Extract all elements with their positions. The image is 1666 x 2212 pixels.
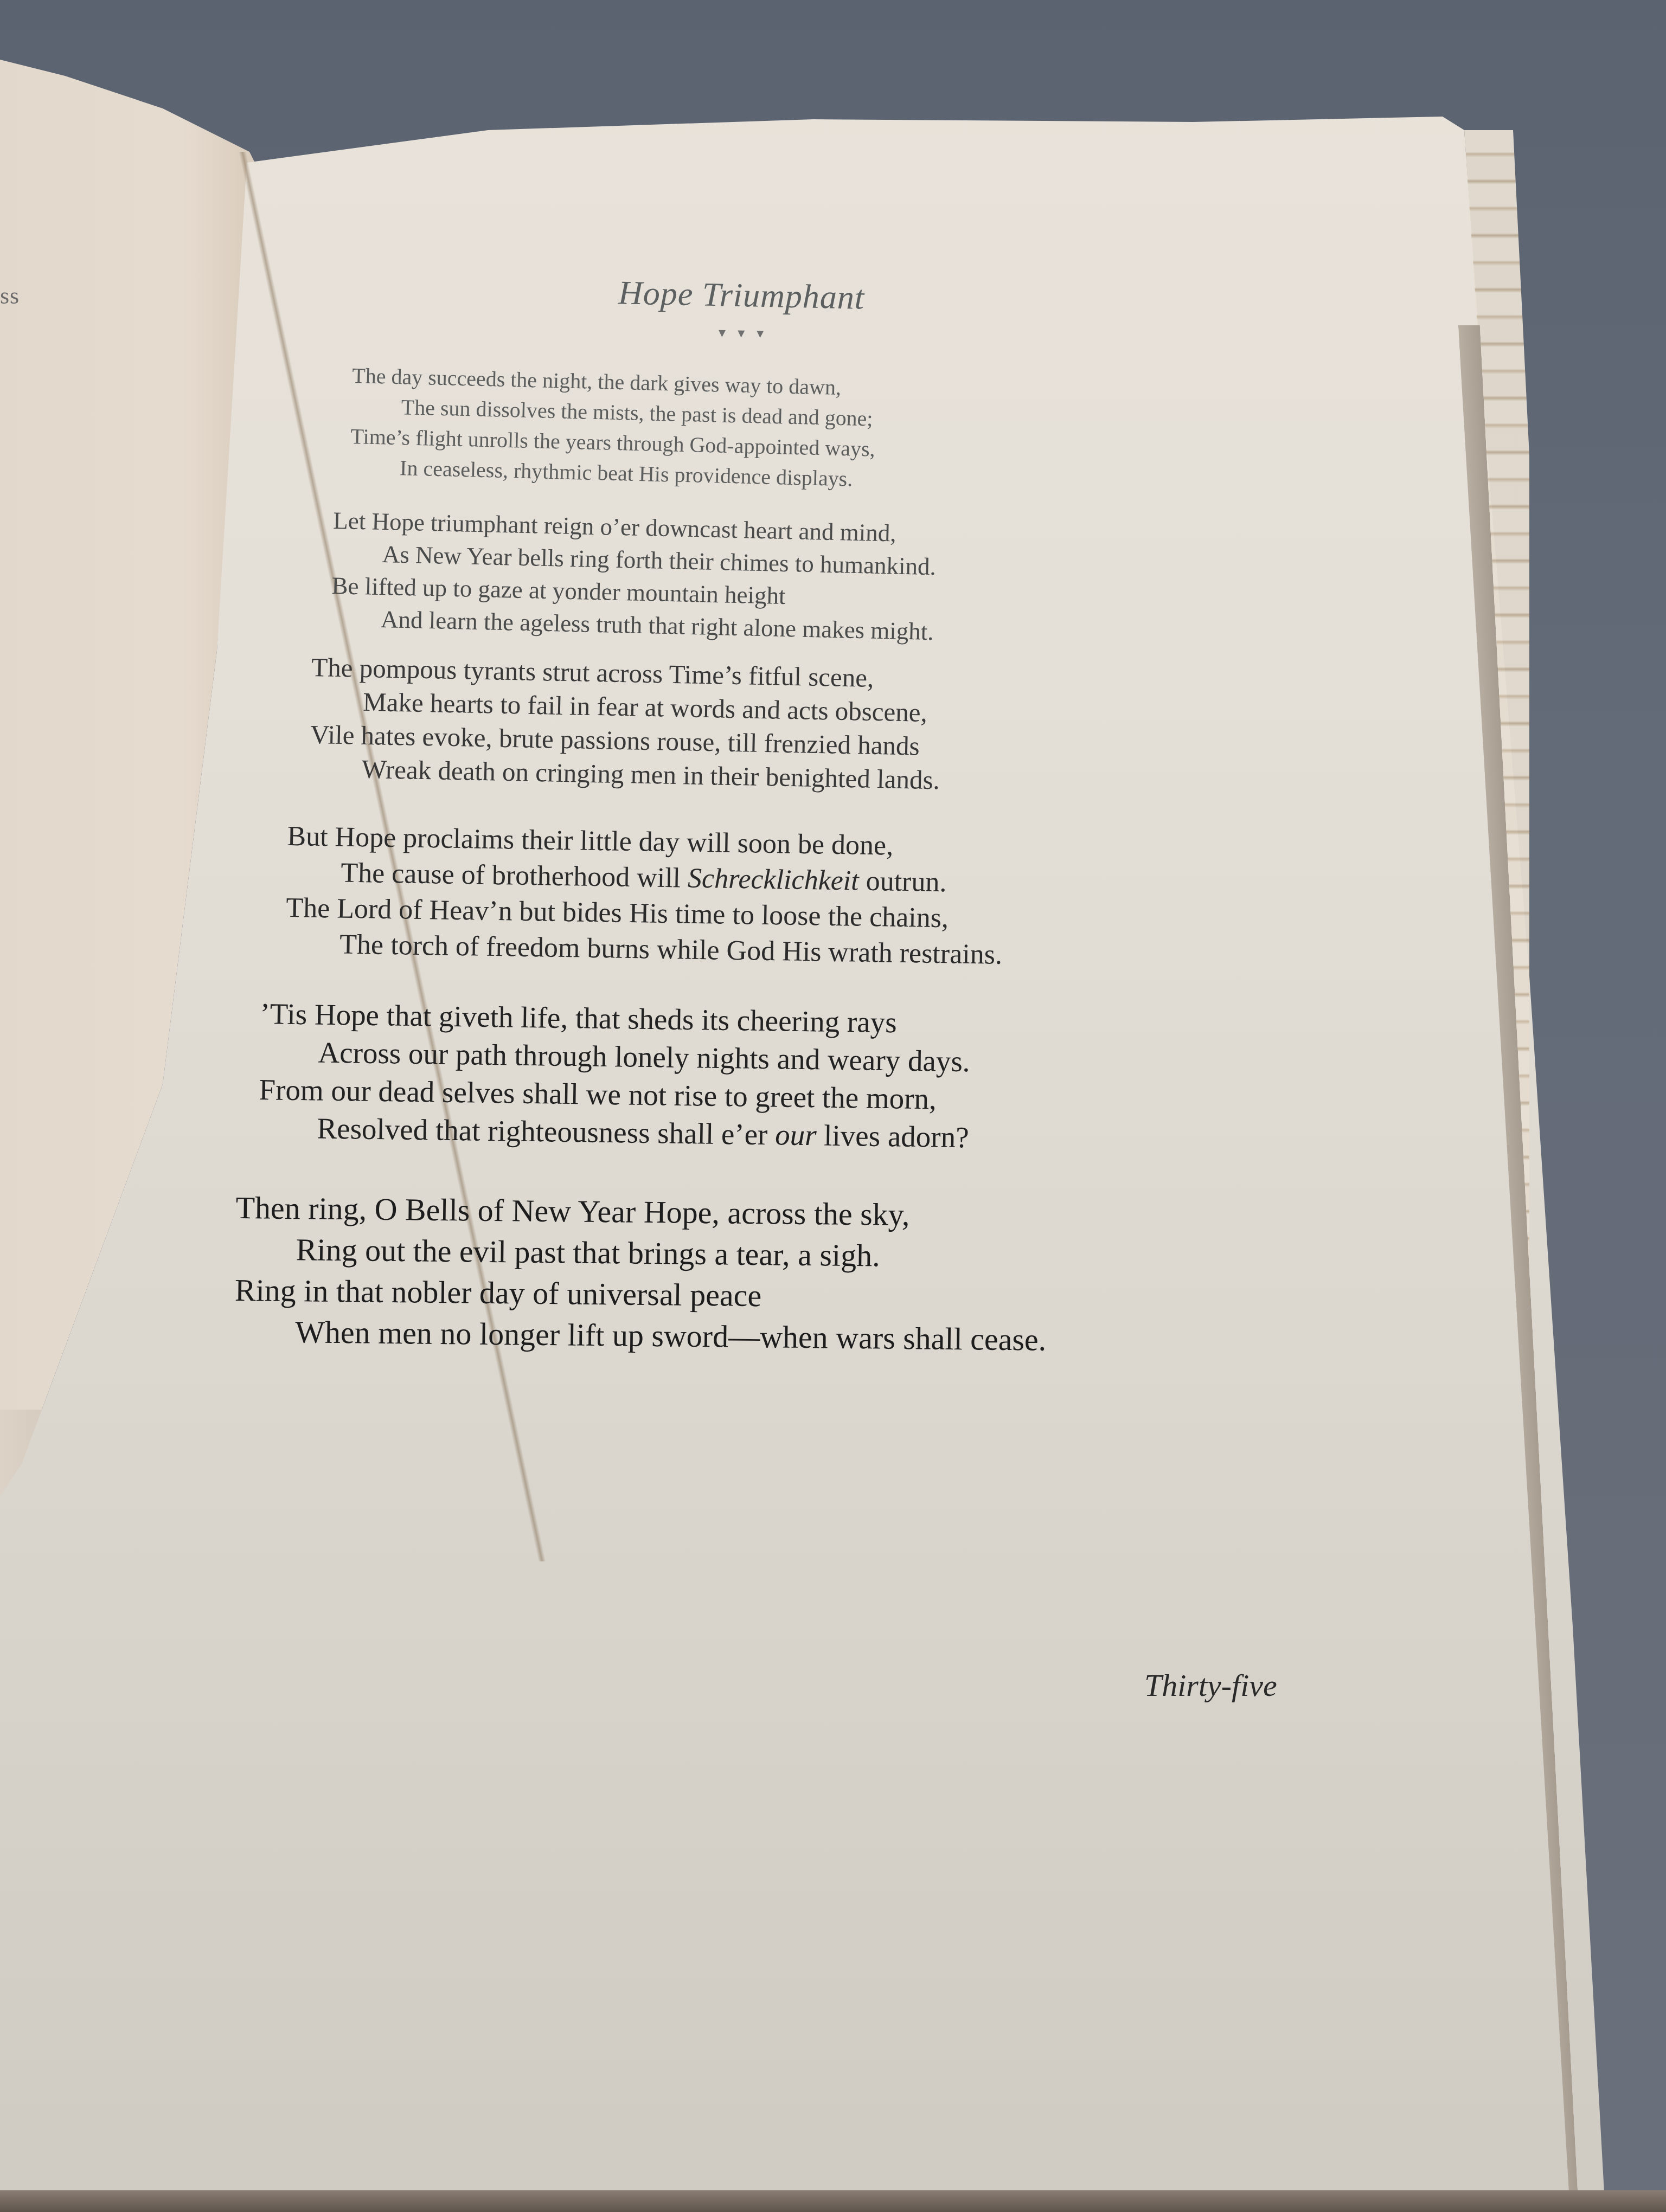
stanza-5: ’Tis Hope that giveth life, that sheds i… xyxy=(258,995,971,1156)
poem-page: Hope Triumphant ▾▾▾ The day succeeds the… xyxy=(0,0,1666,2212)
italic-word: Schrecklichkeit xyxy=(688,863,860,897)
stanza-3: The pompous tyrants strut across Time’s … xyxy=(309,651,942,797)
poem-title: Hope Triumphant xyxy=(618,274,865,317)
stanza-4: But Hope proclaims their little day will… xyxy=(285,819,1004,973)
stanza-6: Then ring, O Bells of New Year Hope, acr… xyxy=(234,1187,1048,1361)
stanza-2: Let Hope triumphant reign o’er downcast … xyxy=(331,504,937,648)
line-text: Resolved that righteousness shall e’er xyxy=(317,1111,775,1151)
page-number: Thirty-five xyxy=(1144,1667,1277,1703)
poem-line: When men no longer lift up sword—when wa… xyxy=(234,1311,1047,1361)
line-text: The cause of brotherhood will xyxy=(341,858,688,894)
stanza-1: The day succeeds the night, the dark giv… xyxy=(350,361,877,495)
line-text: lives adorn? xyxy=(816,1118,969,1154)
italic-word: our xyxy=(775,1118,817,1152)
ornament-icon: ▾▾▾ xyxy=(719,325,776,342)
line-text: outrun. xyxy=(858,866,947,898)
